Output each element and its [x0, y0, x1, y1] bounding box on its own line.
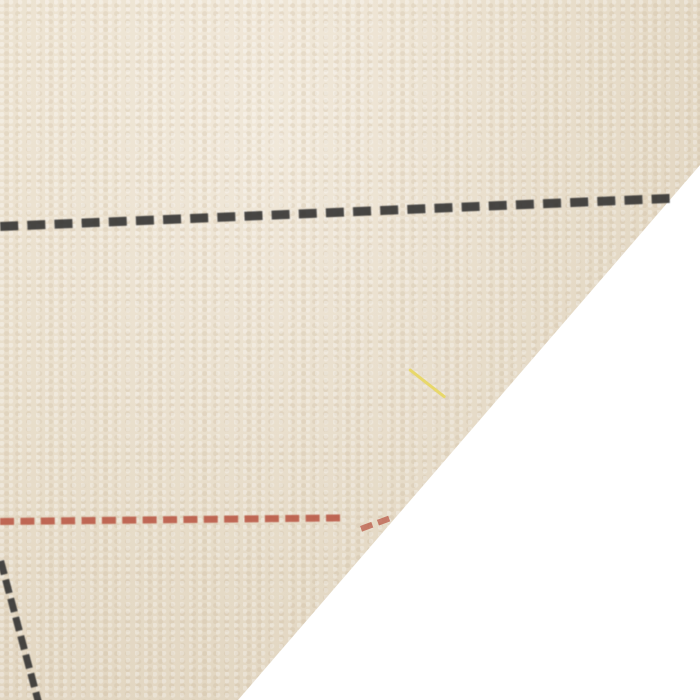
rug-shading [0, 0, 700, 700]
photo-scene [0, 0, 700, 700]
